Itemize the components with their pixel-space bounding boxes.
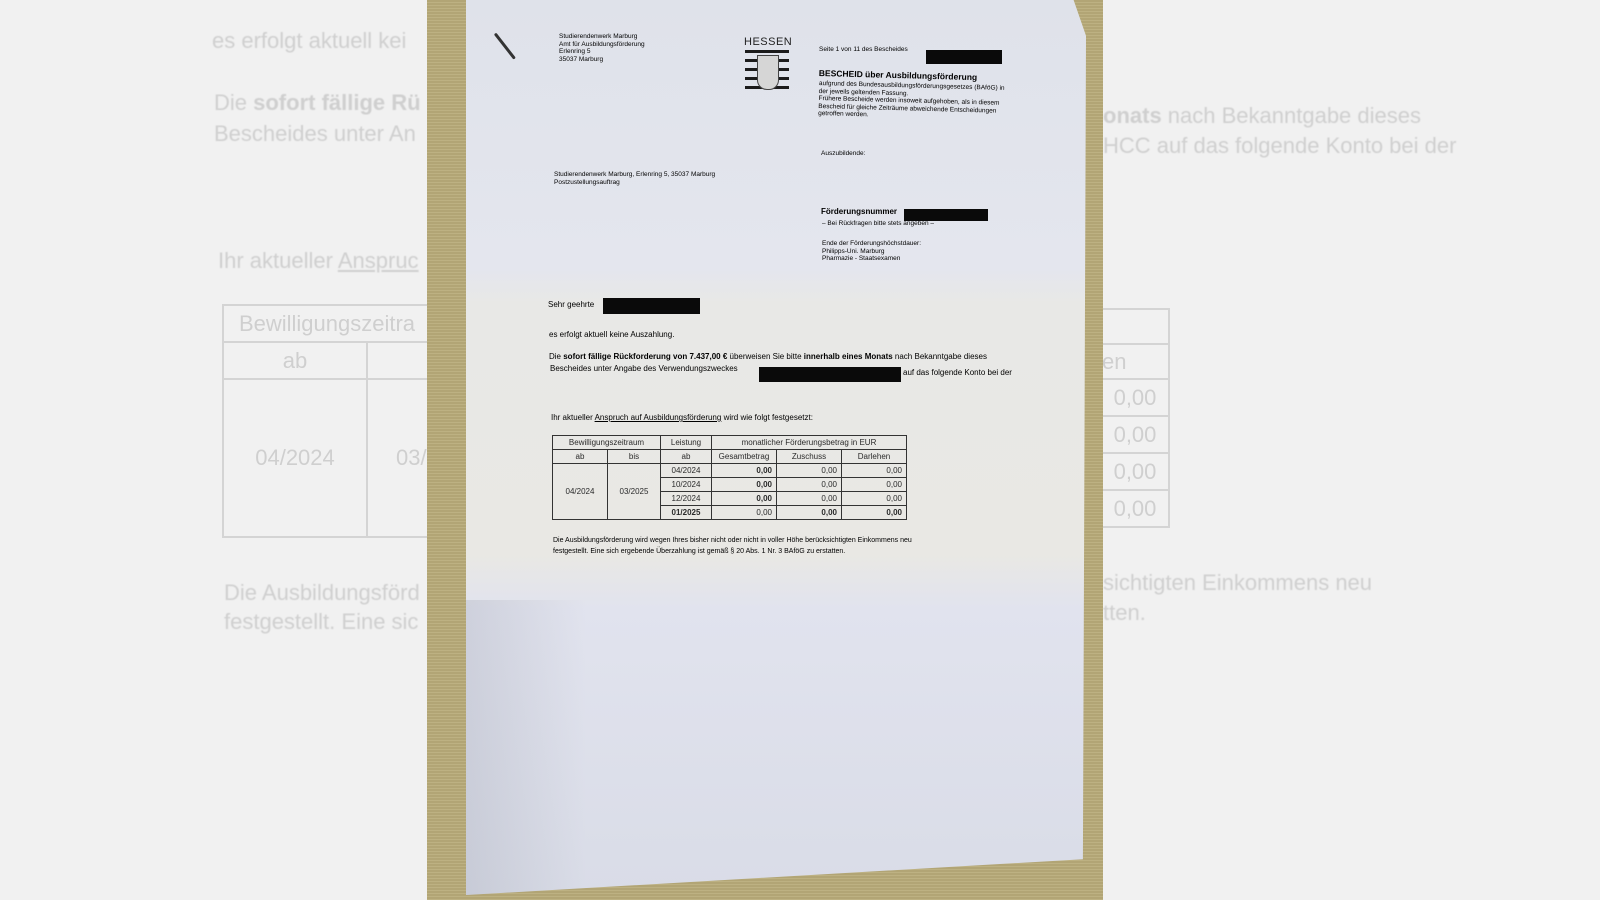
bg-text-line: Ihr aktueller Anspruc	[218, 248, 419, 274]
bg-text-line: sichtigten Einkommens neu	[1103, 570, 1372, 596]
bg-text-line: Bescheides unter An	[214, 121, 416, 147]
delivery-note: Postzustellungsauftrag	[554, 179, 620, 187]
hessen-logo-text: HESSEN	[744, 36, 792, 48]
return-address: Studierendenwerk Marburg, Erlenring 5, 3…	[554, 171, 715, 179]
bg-table-cell: 0,00	[1100, 452, 1170, 491]
footer-text: Die Ausbildungsförderung wird wegen Ihre…	[553, 535, 912, 557]
period-from: 04/2024	[553, 464, 608, 520]
header-total: Gesamtbetrag	[712, 450, 777, 464]
bg-table-cell: 0,00	[1100, 489, 1170, 528]
page-info: Seite 1 von 11 des Bescheides	[819, 46, 908, 54]
bg-text-line: es erfolgt aktuell kei	[212, 28, 406, 54]
header-period: Bewilligungszeitraum	[553, 436, 661, 450]
funding-table: Bewilligungszeitraum Leistung monatliche…	[552, 435, 907, 520]
bg-table-cell	[1100, 308, 1170, 345]
bg-table-cell: en	[1100, 343, 1170, 380]
end-of-funding: Ende der Förderungshöchstdauer: Philipps…	[822, 240, 921, 263]
salutation: Sehr geehrte	[548, 300, 594, 310]
bg-table-cell: 04/2024	[222, 378, 368, 538]
header-monthly-amount: monatlicher Förderungsbetrag in EUR	[712, 436, 907, 450]
redacted-name	[603, 298, 700, 314]
header-to: bis	[608, 450, 661, 464]
header-from: ab	[553, 450, 608, 464]
bg-table-cell: 03/	[366, 378, 432, 538]
redacted-reference	[926, 50, 1002, 64]
repayment-text: Die sofort fällige Rückforderung von 7.4…	[549, 352, 987, 362]
table-row: 04/2024 03/2025 04/2024 0,00 0,00 0,00	[553, 464, 907, 478]
header-loan: Darlehen	[842, 450, 907, 464]
repayment-text-line2: Bescheides unter Angabe des Verwendungsz…	[550, 364, 738, 374]
bg-text-line: Die sofort fällige Rü	[214, 90, 421, 116]
bg-text-line: HCC auf das folgende Konto bei der	[1103, 133, 1456, 159]
sender-address: Studierendenwerk Marburg Amt für Ausbild…	[559, 33, 645, 63]
header-service: Leistung	[661, 436, 712, 450]
bg-table-cell: 0,00	[1100, 378, 1170, 417]
bg-table-cell	[366, 341, 432, 380]
hessen-crest-icon	[745, 50, 789, 93]
bg-text-line: tten.	[1103, 600, 1146, 626]
header-service-from: ab	[661, 450, 712, 464]
bg-text-line: onats nach Bekanntgabe dieses	[1103, 103, 1421, 129]
bg-table-cell: ab	[222, 341, 368, 380]
bg-text-line: festgestellt. Eine sic	[224, 609, 418, 635]
redacted-reference-code	[759, 367, 901, 382]
funding-number-label: Förderungsnummer	[821, 207, 897, 216]
bg-table-header: Bewilligungszeitra	[222, 304, 432, 343]
period-to: 03/2025	[608, 464, 661, 520]
header-grant: Zuschuss	[777, 450, 842, 464]
funding-number-note: – Bei Rückfragen bitte stets angeben –	[822, 220, 934, 228]
trainee-label: Auszubildende:	[821, 150, 865, 158]
title-description: aufgrund des Bundesausbildungsförderungs…	[818, 80, 1005, 122]
no-payment-text: es erfolgt aktuell keine Auszahlung.	[549, 330, 674, 340]
claim-intro: Ihr aktueller Anspruch auf Ausbildungsfö…	[551, 413, 813, 423]
bg-table-cell: 0,00	[1100, 415, 1170, 454]
repayment-account-text: auf das folgende Konto bei der	[903, 368, 1012, 378]
bg-text-line: Die Ausbildungsförd	[224, 580, 420, 606]
